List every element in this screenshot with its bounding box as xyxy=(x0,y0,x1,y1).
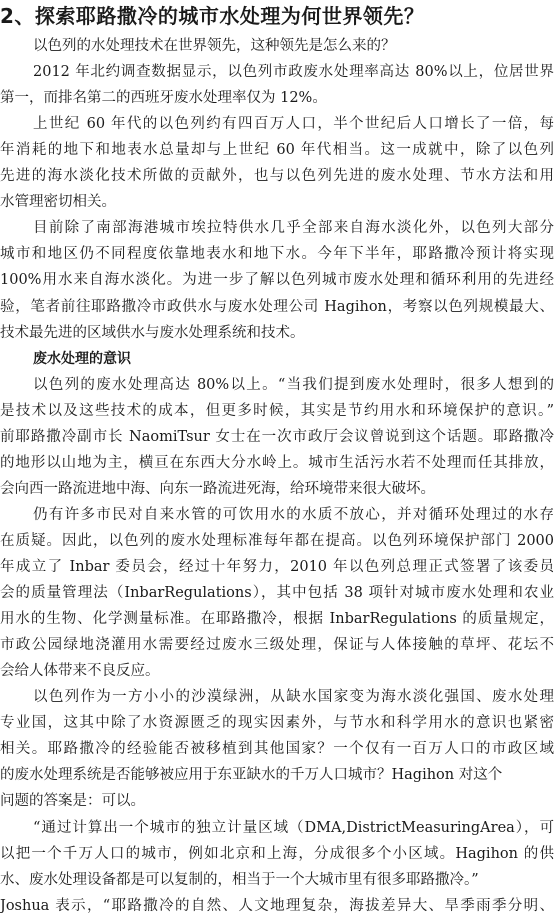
text-line: 水管理密切相关。 xyxy=(0,192,554,212)
text-line: 以把一个千万人口的城市，例如北京和上海，分成很多个小区域。Hagihon 的供 xyxy=(0,844,554,864)
text-line: 第一，而排名第二的西班牙废水处理率仅为 12%。 xyxy=(0,88,554,108)
text-line: 水、废水处理设备都是可以复制的，相当于一个大城市里有很多耶路撒冷。” xyxy=(0,870,554,890)
text-line: 以色列作为一方小小的沙漠绿洲，从缺水国家变为海水淡化强国、废水处理 xyxy=(0,687,554,707)
text-line: 以色列的水处理技术在世界领先，这种领先是怎么来的？ xyxy=(0,36,554,56)
text-line: 目前除了南部海港城市埃拉特供水几乎全部来自海水淡化外，以色列大部分 xyxy=(0,218,554,238)
text-line: 问题的答案是：可以。 xyxy=(0,791,554,811)
subheading: 废水处理的意识 xyxy=(0,349,554,369)
text-line: 仍有许多市民对自来水管的可饮用水的水质不放心，并对循环处理过的水存 xyxy=(0,505,554,525)
text-line: 会向西一路流进地中海、向东一路流进死海，给环境带来很大破坏。 xyxy=(0,479,554,499)
text-line: 2012 年北约调查数据显示，以色列市政废水处理率高达 80%以上，位居世界 xyxy=(0,62,554,82)
text-line: 技术最先进的区域供水与废水处理系统和技术。 xyxy=(0,323,554,343)
text-line: 用水的生物、化学测量标准。在耶路撒冷，根据 InbarRegulations 的… xyxy=(0,609,554,629)
text-line: 会的质量管理法（InbarRegulations），其中包括 38 项针对城市废… xyxy=(0,583,554,603)
text-line: 年消耗的地下和地表水总量却与上世纪 60 年代相当。这一成就中，除了以色列 xyxy=(0,140,554,160)
text-line: Joshua 表示，“耶路撒冷的自然、人文地理复杂，海拔差异大、旱季雨季分明、 xyxy=(0,896,554,914)
text-line: 年成立了 Inbar 委员会，经过十年努力，2010 年以色列总理正式签署了该委… xyxy=(0,557,554,577)
text-line: 会给人体带来不良反应。 xyxy=(0,661,554,681)
section-title: 2、探索耶路撒冷的城市水处理为何世界领先？ xyxy=(0,2,554,30)
text-line: 上世纪 60 年代的以色列约有四百万人口，半个世纪后人口增长了一倍，每 xyxy=(0,114,554,134)
text-line: 验，笔者前往耶路撒冷市政供水与废水处理公司 Hagihon，考察以色列规模最大、 xyxy=(0,297,554,317)
text-line: 城市和地区仍不同程度依靠地表水和地下水。今年下半年，耶路撒冷预计将实现 xyxy=(0,244,554,264)
text-line: 相关。耶路撒冷的经验能否被移植到其他国家？一个仅有一百万人口的市政区域 xyxy=(0,739,554,759)
text-line: “通过计算出一个城市的独立计量区域（DMA,DistrictMeasuringA… xyxy=(0,818,554,838)
text-line: 以色列的废水处理高达 80%以上。“当我们提到废水处理时，很多人想到的 xyxy=(0,375,554,395)
text-line: 是技术以及这些技术的成本，但更多时候，其实是节约用水和环境保护的意识。” xyxy=(0,401,554,421)
text-line: 先进的海水淡化技术所做的贡献外，也与以色列先进的废水处理、节水方法和用 xyxy=(0,166,554,186)
text-line: 的地形以山地为主，横亘在东西大分水岭上。城市生活污水若不处理而任其排放， xyxy=(0,453,554,473)
text-line: 100%用水来自海水淡化。为进一步了解以色列城市废水处理和循环利用的先进经 xyxy=(0,270,554,290)
text-line: 的废水处理系统是否能够被应用于东亚缺水的千万人口城市？Hagihon 对这个 xyxy=(0,765,554,785)
text-line: 前耶路撒冷副市长 NaomiTsur 女士在一次市政厅会议曾说到这个话题。耶路撒… xyxy=(0,427,554,447)
text-line: 在质疑。因此，以色列的废水处理标准每年都在提高。以色列环境保护部门 2000 xyxy=(0,531,554,551)
text-line: 专业国，这其中除了水资源匮乏的现实因素外，与节水和科学用水的意识也紧密 xyxy=(0,713,554,733)
text-line: 市政公园绿地浇灌用水需要经过废水三级处理，保证与人体接触的草坪、花坛不 xyxy=(0,635,554,655)
